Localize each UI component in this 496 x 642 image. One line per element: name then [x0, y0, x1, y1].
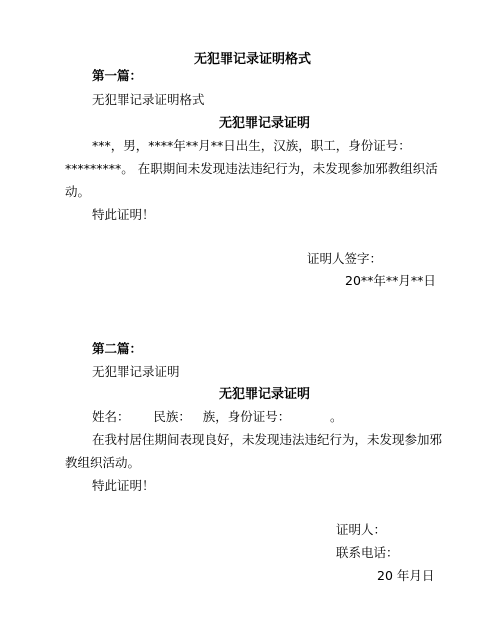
- part1-subtitle: 无犯罪记录证明格式: [92, 92, 205, 108]
- part1-date: 20**年**月**日: [345, 273, 436, 289]
- document-title: 无犯罪记录证明格式: [194, 52, 311, 68]
- part1-signer-label: 证明人签字：: [307, 251, 382, 267]
- part1-body-line3: 动。: [65, 184, 90, 200]
- part2-body-line1: 在我村居住期间表现良好，未发现违法违纪行为，未发现参加邪: [92, 432, 442, 448]
- part2-signer-label: 证明人：: [336, 522, 386, 538]
- part1-body-line1: ***，男，****年**月**日出生，汉族，职工，身份证号：: [92, 138, 411, 154]
- part2-info-line: 姓名： 民族： 族，身份证号： 。: [92, 409, 343, 425]
- part2-subtitle: 无犯罪记录证明: [92, 364, 180, 380]
- part1-closing: 特此证明！: [92, 207, 155, 223]
- part2-date: 20 年月日: [377, 568, 434, 584]
- part2-cert-title: 无犯罪记录证明: [219, 387, 310, 403]
- part2-phone-label: 联系电话：: [336, 545, 399, 561]
- part1-heading: 第一篇：: [92, 68, 142, 84]
- part1-cert-title: 无犯罪记录证明: [219, 116, 310, 132]
- part2-heading: 第二篇：: [92, 341, 142, 357]
- part2-closing: 特此证明！: [92, 478, 155, 494]
- part1-body-line2: *********。 在职期间未发现违法违纪行为，未发现参加邪教组织活: [65, 161, 438, 177]
- part2-body-line2: 教组织活动。: [65, 455, 140, 471]
